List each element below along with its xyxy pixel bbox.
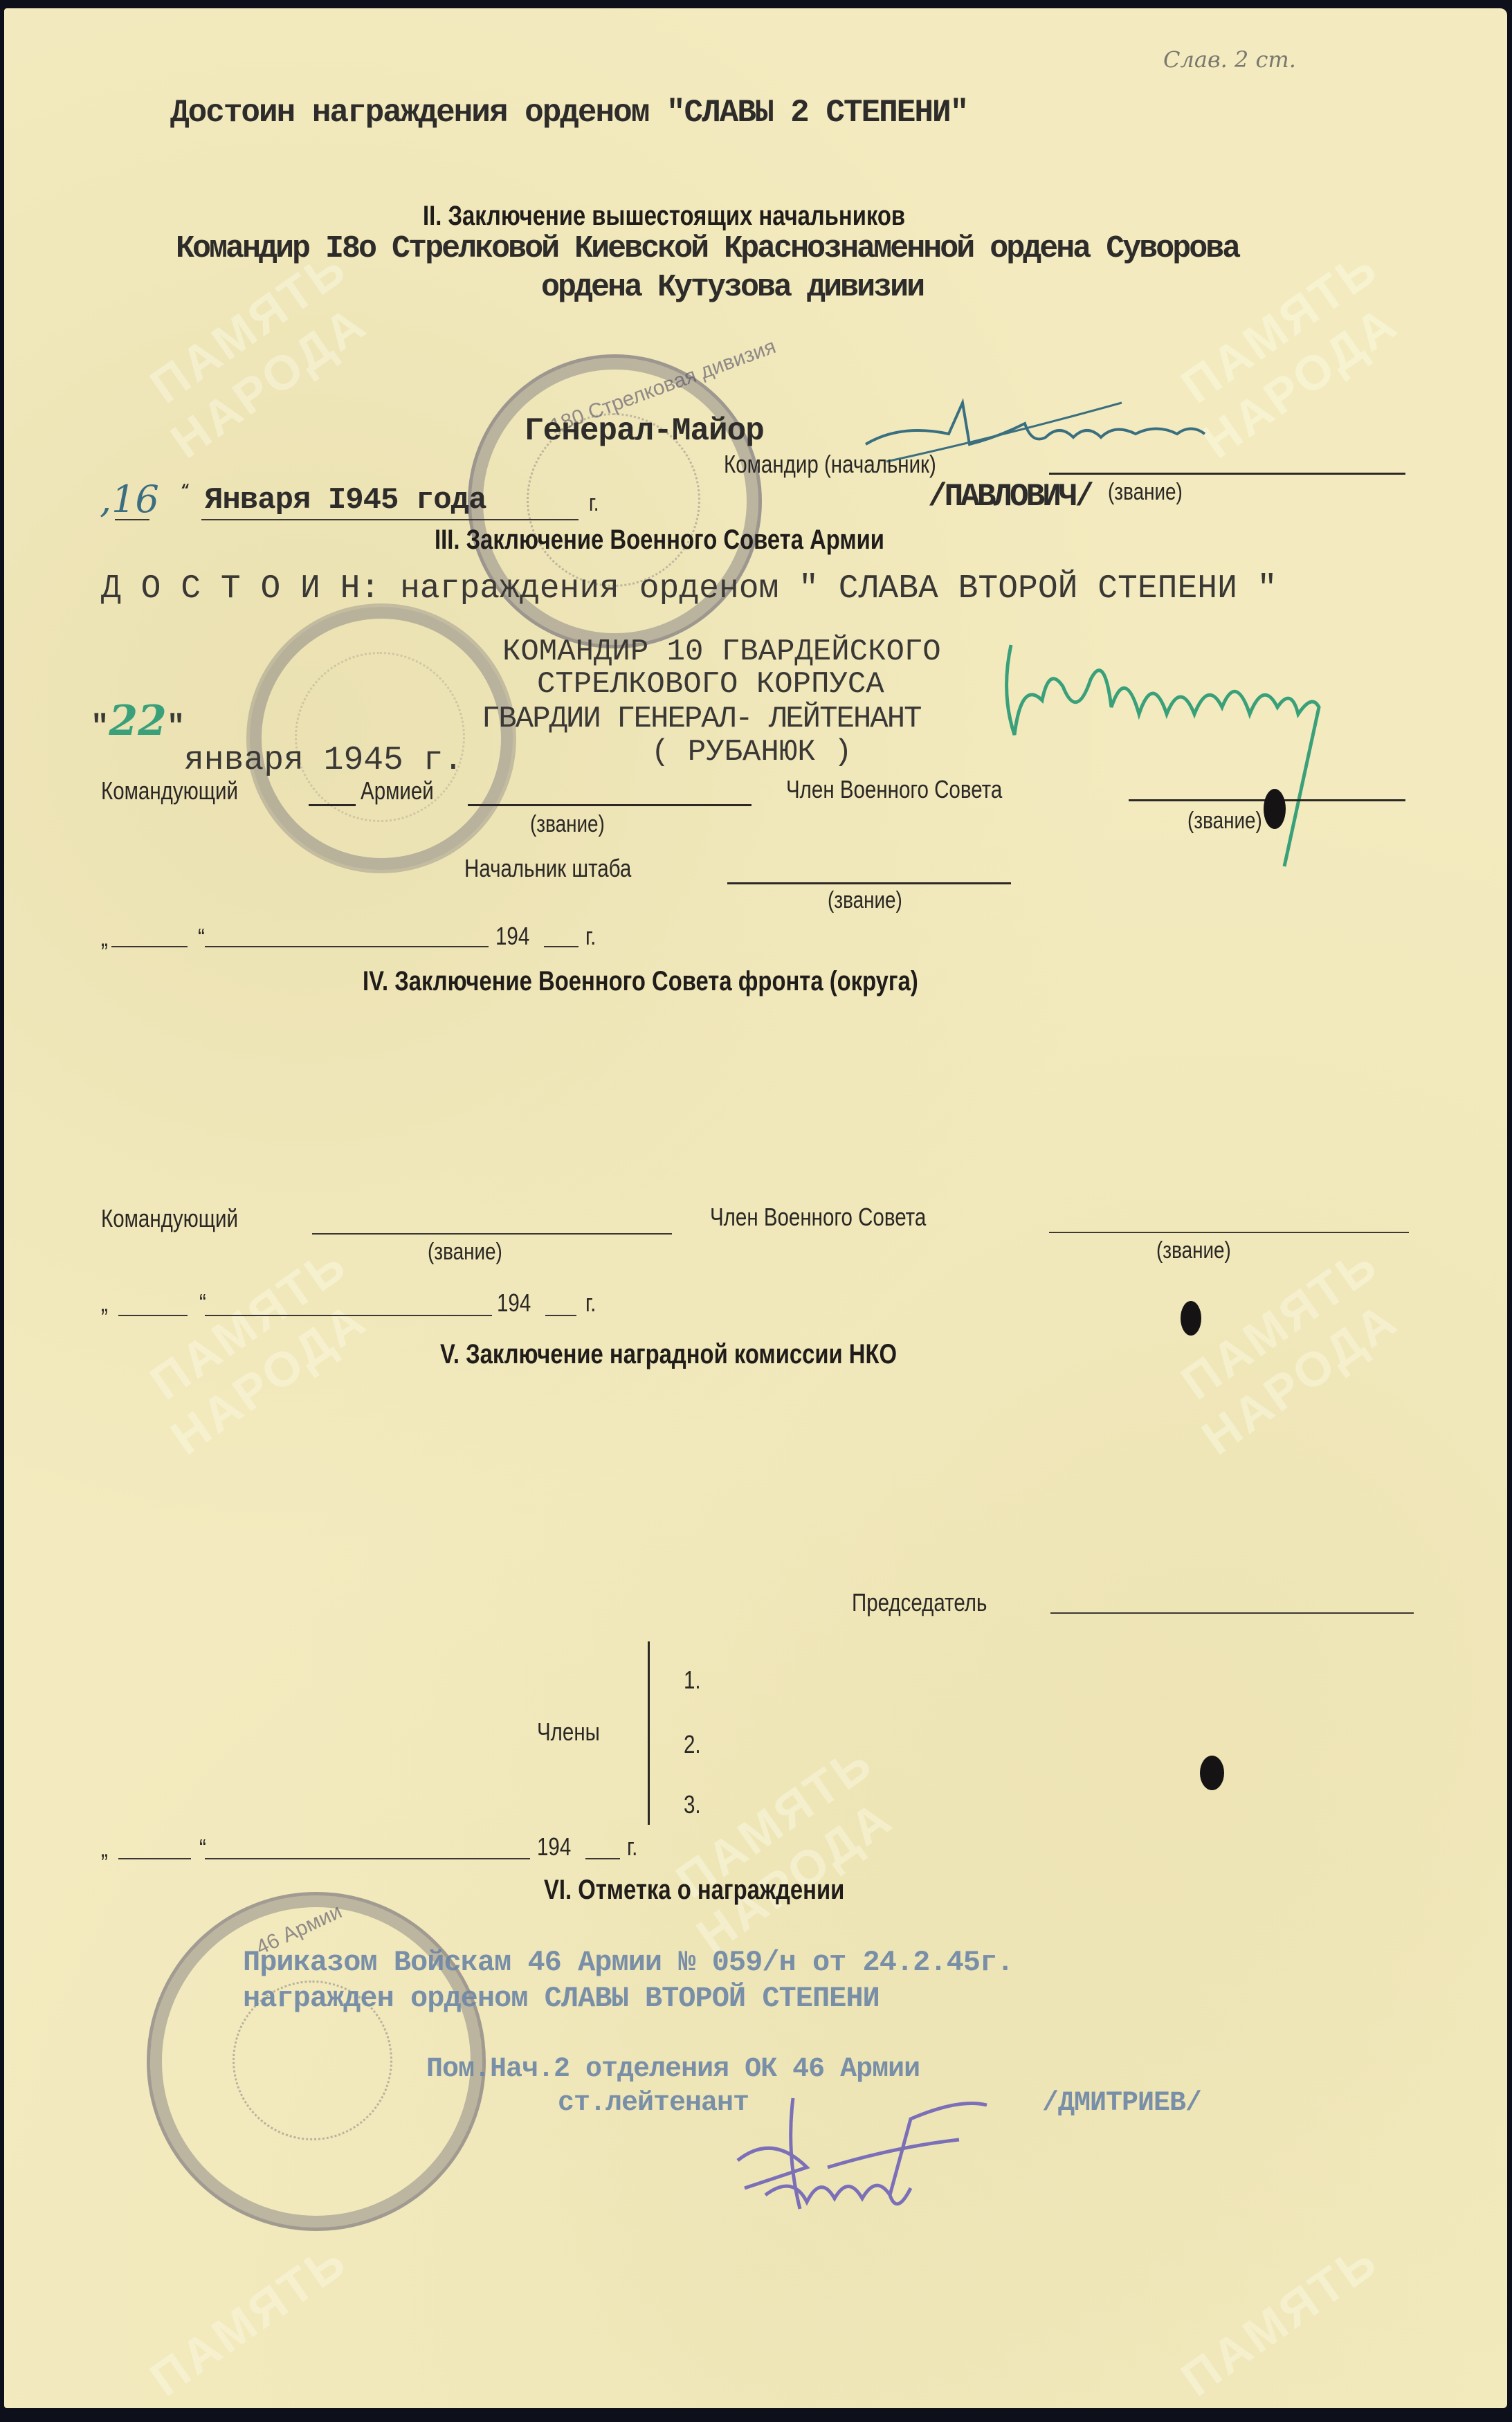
signer-line2: СТРЕЛКОВОГО КОРПУСА — [537, 667, 884, 702]
pencil-note: Слав. 2 ст. — [1163, 46, 1296, 73]
burn-hole — [1264, 789, 1286, 829]
members-label: Члены — [537, 1718, 600, 1747]
open-quote: „ — [101, 1834, 108, 1862]
close-quote: " — [167, 710, 185, 745]
burn-hole — [1200, 1756, 1224, 1790]
recommendation-line: Достоин награждения орденом "СЛАВЫ 2 СТЕ… — [170, 95, 967, 131]
blank-year-line — [545, 1315, 576, 1316]
commander-unit-line2: ордена Кутузова дивизии — [541, 270, 923, 305]
signer-line3: ГВАРДИИ ГЕНЕРАЛ- ЛЕЙТЕНАНТ — [482, 702, 921, 736]
date-suffix: г. — [589, 490, 599, 517]
blank-year-line — [585, 1858, 620, 1859]
chief-of-staff-label: Начальник штаба — [464, 854, 631, 883]
date-day: ,16 — [100, 477, 159, 521]
chairman-label: Председатель — [852, 1588, 987, 1617]
document-page: ПАМЯТЬ НАРОДА ПАМЯТЬ НАРОДА ПАМЯТЬ НАРОД… — [4, 8, 1507, 2408]
army-number-blank — [309, 804, 356, 806]
day-underline — [115, 519, 149, 520]
blank-day-line — [111, 946, 188, 947]
name: ПАВЛОВИЧ — [945, 479, 1075, 515]
signature-dmitriev — [724, 2084, 1070, 2226]
open-quote: „ — [101, 923, 108, 951]
blank-day-line — [118, 1315, 188, 1316]
signature-rubanyuk — [994, 638, 1478, 884]
section4-heading: IV. Заключение Военного Совета фронта (о… — [363, 966, 918, 997]
signature-line — [1049, 473, 1405, 475]
open-quote: , — [100, 477, 111, 521]
chief-of-staff-signature-line — [727, 882, 1011, 884]
council-member-caption: (звание) — [1156, 1237, 1231, 1264]
commander-label: Командующий — [101, 1204, 238, 1233]
council-member-signature-line — [1049, 1232, 1409, 1233]
council-member-label: Член Военного Совета — [786, 775, 1002, 804]
close-quote: “ — [198, 923, 205, 952]
council-member-label: Член Военного Совета — [710, 1203, 926, 1232]
rank-caption: (звание) — [1108, 479, 1183, 506]
section3-heading: III. Заключение Военного Совета Армии — [435, 525, 884, 556]
army-council-decision: Д О С Т О И Н: награждения орденом " СЛА… — [101, 570, 1277, 608]
blank-month-line — [205, 946, 489, 947]
burn-hole — [1181, 1301, 1201, 1336]
council-member-caption: (звание) — [1187, 808, 1262, 835]
blank-date: „ — [101, 1834, 108, 1863]
signer-line1: КОМАНДИР 10 ГВАРДЕЙСКОГО — [502, 635, 941, 669]
member-2: 2. — [684, 1730, 701, 1759]
open-quote: " — [91, 710, 109, 745]
blank-date: „ — [101, 923, 108, 952]
award-order-line1: Приказом Войскам 46 Армии № 059/н от 24.… — [243, 1946, 1013, 1979]
members-bracket — [648, 1641, 650, 1825]
day-value: 16 — [111, 477, 159, 521]
member-3: 3. — [684, 1790, 701, 1819]
open-quote: „ — [101, 1289, 108, 1317]
date-underline — [201, 519, 579, 520]
commander-label: Командир (начальник) — [724, 450, 936, 479]
blank-month-line — [205, 1315, 492, 1316]
date-month-year: Января I945 года — [205, 483, 486, 518]
signature-scribble-icon — [724, 2084, 1070, 2223]
date-day-22: "22" — [91, 697, 185, 745]
signer-name-pavlovich: /ПАВЛОВИЧ/ — [928, 479, 1091, 515]
year-prefix: 194 — [495, 922, 529, 951]
year-prefix: 194 — [537, 1832, 571, 1861]
section5-heading: V. Заключение наградной комиссии НКО — [440, 1339, 897, 1370]
section2-heading: II. Заключение вышестоящих начальников — [423, 201, 905, 232]
commander-signature-line — [312, 1233, 672, 1235]
signer-rank: ст.лейтенант — [558, 2088, 749, 2119]
blank-year-line — [544, 946, 579, 947]
commander-unit-line1: Командир I8о Стрелковой Киевской Красноз… — [176, 231, 1239, 266]
date-close-quote: “ — [181, 482, 190, 500]
signature-scribble-icon — [994, 638, 1478, 880]
day-value: 22 — [109, 697, 167, 745]
date-suffix: г. — [627, 1832, 637, 1861]
section6-heading: VI. Отметка о награждении — [544, 1875, 844, 1906]
chief-of-staff-caption: (звание) — [828, 887, 902, 914]
chairman-signature-line — [1050, 1612, 1414, 1614]
slash: / — [928, 479, 945, 515]
award-order-line2: награжден орденом СЛАВЫ ВТОРОЙ СТЕПЕНИ — [243, 1982, 880, 2015]
commander-label: Командующий — [101, 776, 238, 805]
blank-month-line — [205, 1858, 530, 1859]
date-month-year: января 1945 г. — [184, 742, 463, 779]
watermark: ПАМЯТЬ — [140, 2232, 357, 2407]
blank-date: „ — [101, 1289, 108, 1318]
commander-caption: (звание) — [428, 1239, 502, 1266]
member-1: 1. — [684, 1666, 701, 1695]
signer-position: Пом.Нач.2 отделения ОК 46 Армии — [426, 2054, 920, 2085]
slash: / — [1075, 479, 1091, 515]
year-prefix: 194 — [497, 1289, 531, 1318]
signer-line4: ( РУБАНЮК ) — [651, 735, 852, 770]
rank-text: Генерал-Майор — [525, 413, 764, 449]
watermark: ПАМЯТЬ — [1172, 2232, 1388, 2407]
date-suffix: г. — [585, 1289, 596, 1318]
army-label: Армией — [361, 776, 434, 805]
commander-signature-line — [468, 804, 752, 806]
date-suffix: г. — [585, 922, 596, 951]
close-quote: “ — [199, 1289, 206, 1318]
blank-day-line — [118, 1858, 191, 1859]
rank-caption: (звание) — [530, 811, 605, 838]
